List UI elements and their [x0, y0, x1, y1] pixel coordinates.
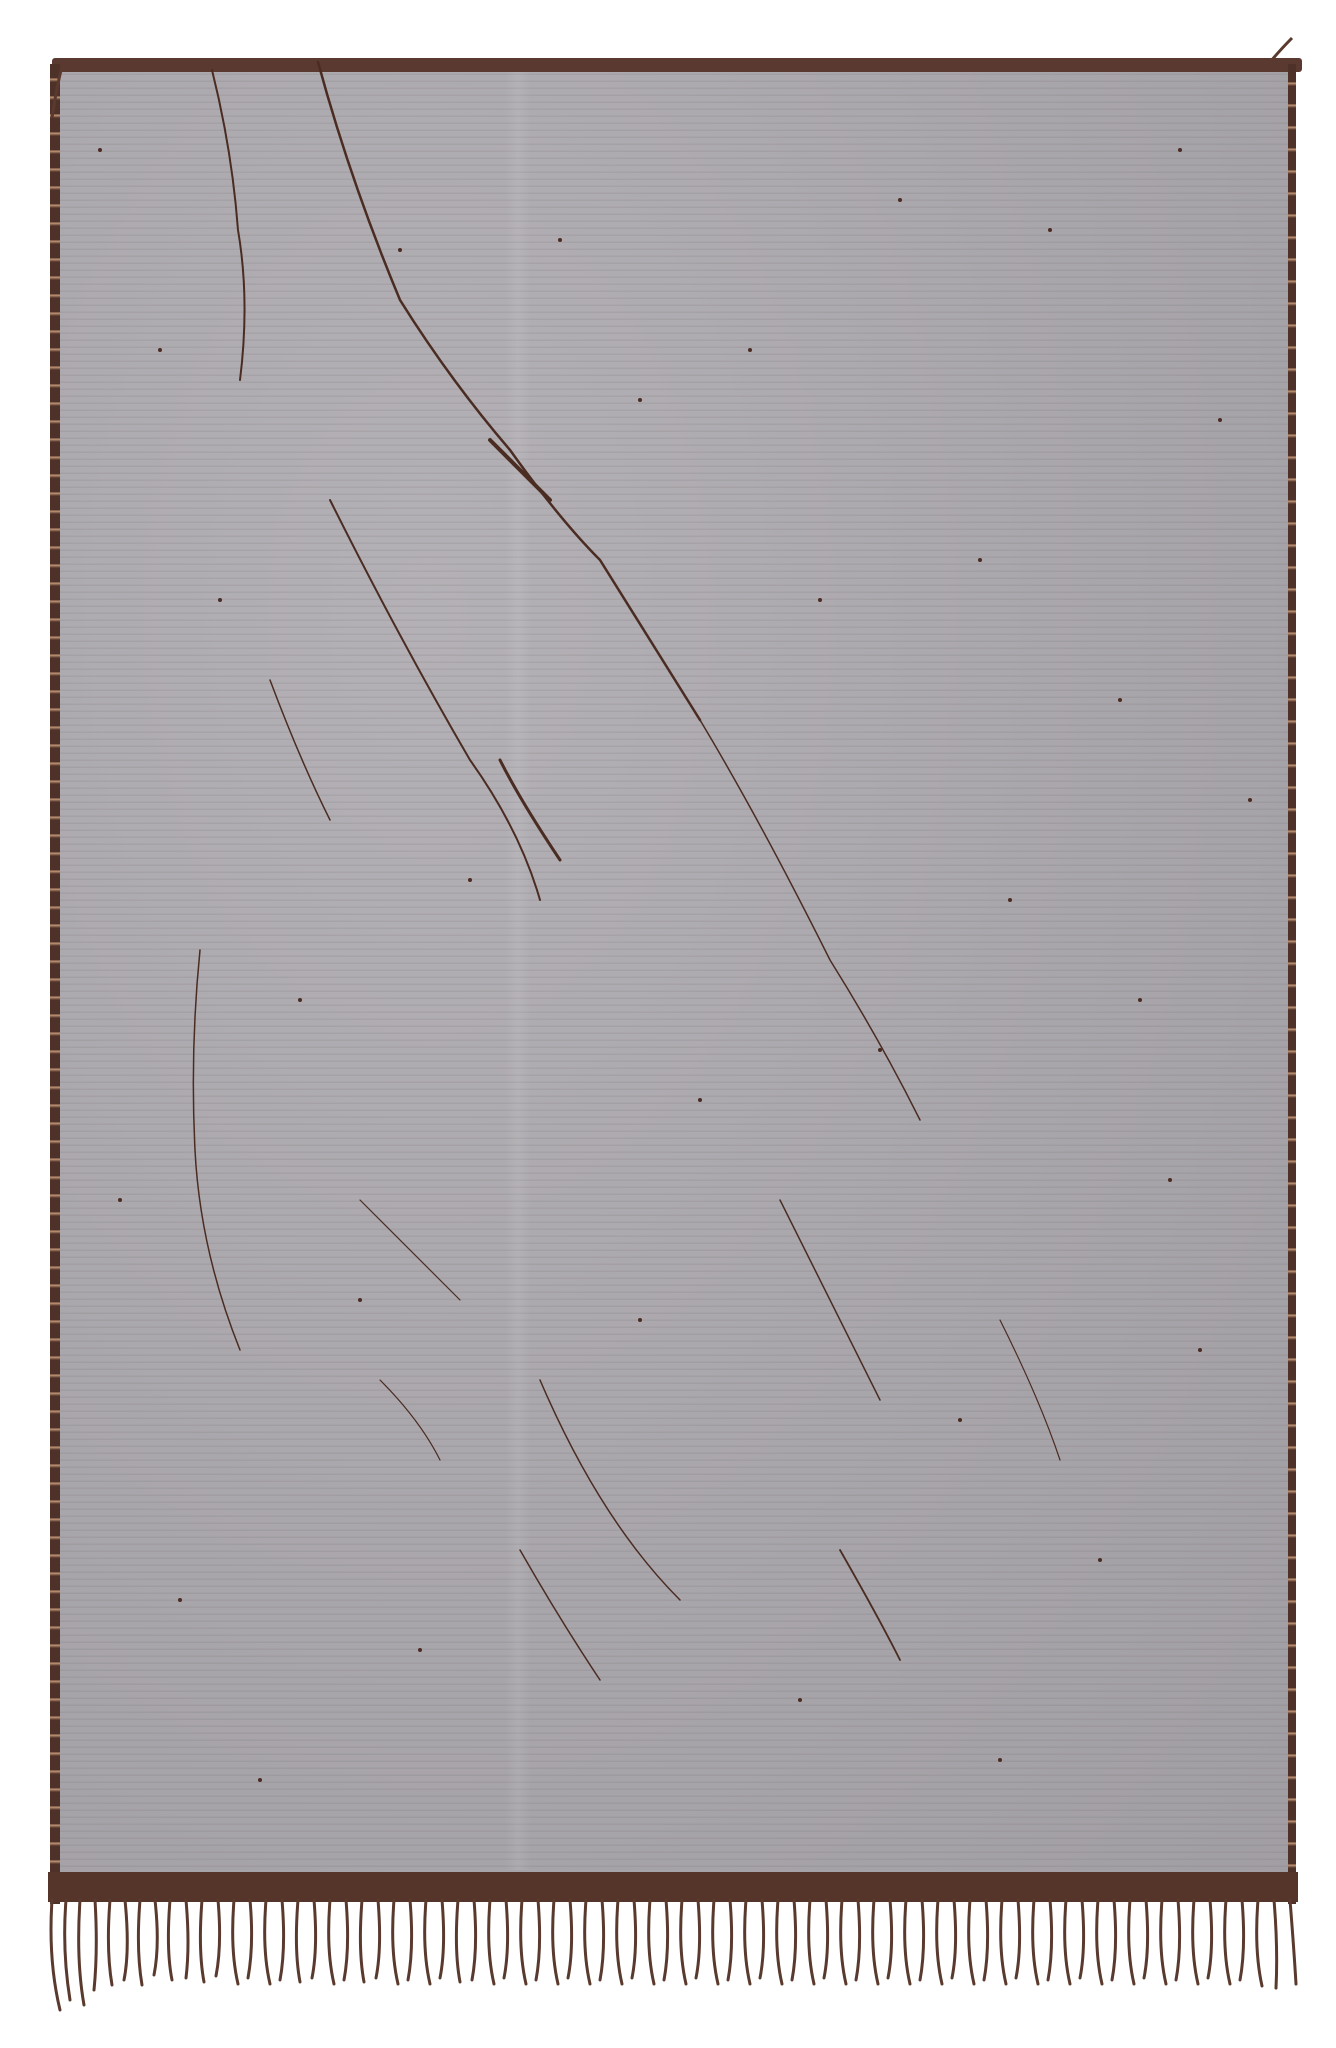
rug-photo: [0, 0, 1336, 2048]
corner-tassels: [52, 38, 1292, 118]
fringe: [51, 1900, 1296, 2010]
speckles: [98, 148, 1252, 1782]
crack-lines: [193, 62, 1060, 1680]
rug-details: [0, 0, 1336, 2048]
